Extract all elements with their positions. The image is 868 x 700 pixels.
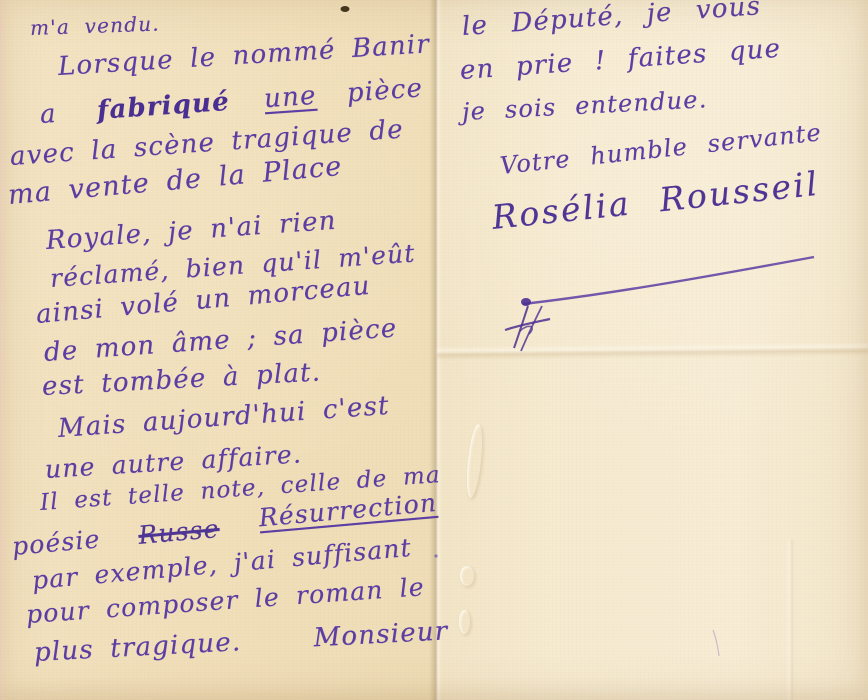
faint-vertical-crease xyxy=(786,540,795,700)
hw-word: pièce xyxy=(346,73,424,108)
hw-line-left-1: m'a vendu. xyxy=(30,11,161,40)
paper-dent xyxy=(459,610,470,634)
letter-scan: m'a vendu. Lorsque le nommé Banir a fabr… xyxy=(0,0,868,700)
hw-word-underlined: une xyxy=(263,81,317,115)
hw-word: a xyxy=(39,99,58,130)
paper-left-edge xyxy=(0,0,7,700)
paper-dent xyxy=(460,566,474,586)
